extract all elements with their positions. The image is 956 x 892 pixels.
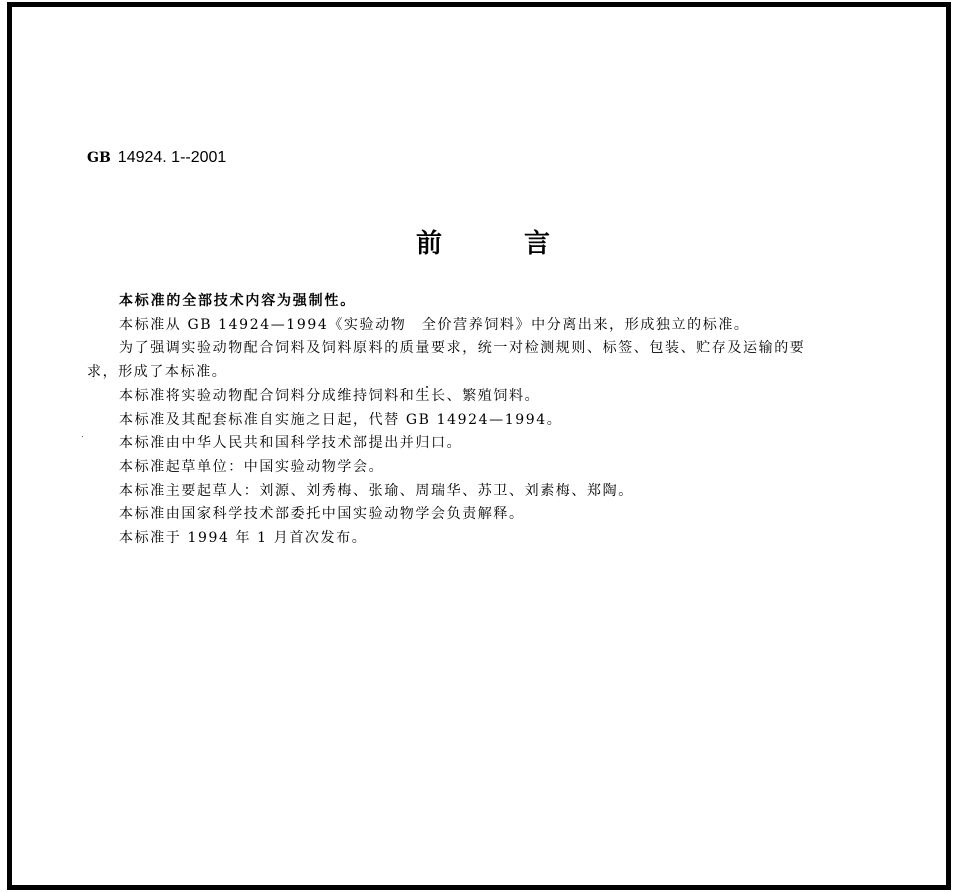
paragraph-mandatory-statement: 本标准的全部技术内容为强制性。 <box>87 290 917 314</box>
paragraph-proposer: 本标准由中华人民共和国科学技术部提出并归口。 <box>87 432 917 456</box>
paragraph-drafters: 本标准主要起草人：刘源、刘秀梅、张瑜、周瑞华、苏卫、刘素梅、郑陶。 <box>87 480 917 504</box>
standard-prefix: GB <box>87 150 111 166</box>
paragraph-first-release: 本标准于 1994 年 1 月首次发布。 <box>87 527 917 551</box>
paragraph-replacement: 本标准及其配套标准自实施之日起，代替 GB 14924—1994。 <box>87 409 917 433</box>
foreword-body: 本标准的全部技术内容为强制性。 本标准从 GB 14924—1994《实验动物 … <box>87 290 917 551</box>
paragraph-origin: 本标准从 GB 14924—1994《实验动物 全价营养饲料》中分离出来，形成独… <box>87 314 917 338</box>
title-char-1: 前 <box>416 226 442 262</box>
paragraph-purpose: 为了强调实验动物配合饲料及饲料原料的质量要求，统一对检测规则、标签、包装、贮存及… <box>87 337 917 361</box>
title-char-2: 言 <box>524 226 550 262</box>
paragraph-classification: 本标准将实验动物配合饲料分成维持饲料和生长、繁殖饲料。 <box>87 385 917 409</box>
standard-code-header: GB14924. 1--2001 <box>87 147 226 168</box>
scan-speck <box>426 386 428 388</box>
standard-number: 14924. 1--2001 <box>118 149 227 166</box>
paragraph-purpose-continued: 求，形成了本标准。 <box>87 361 917 385</box>
page-title: 前言 <box>0 226 956 262</box>
paragraph-drafting-unit: 本标准起草单位：中国实验动物学会。 <box>87 456 917 480</box>
scan-speck <box>82 436 83 437</box>
paragraph-interpretation: 本标准由国家科学技术部委托中国实验动物学会负责解释。 <box>87 503 917 527</box>
